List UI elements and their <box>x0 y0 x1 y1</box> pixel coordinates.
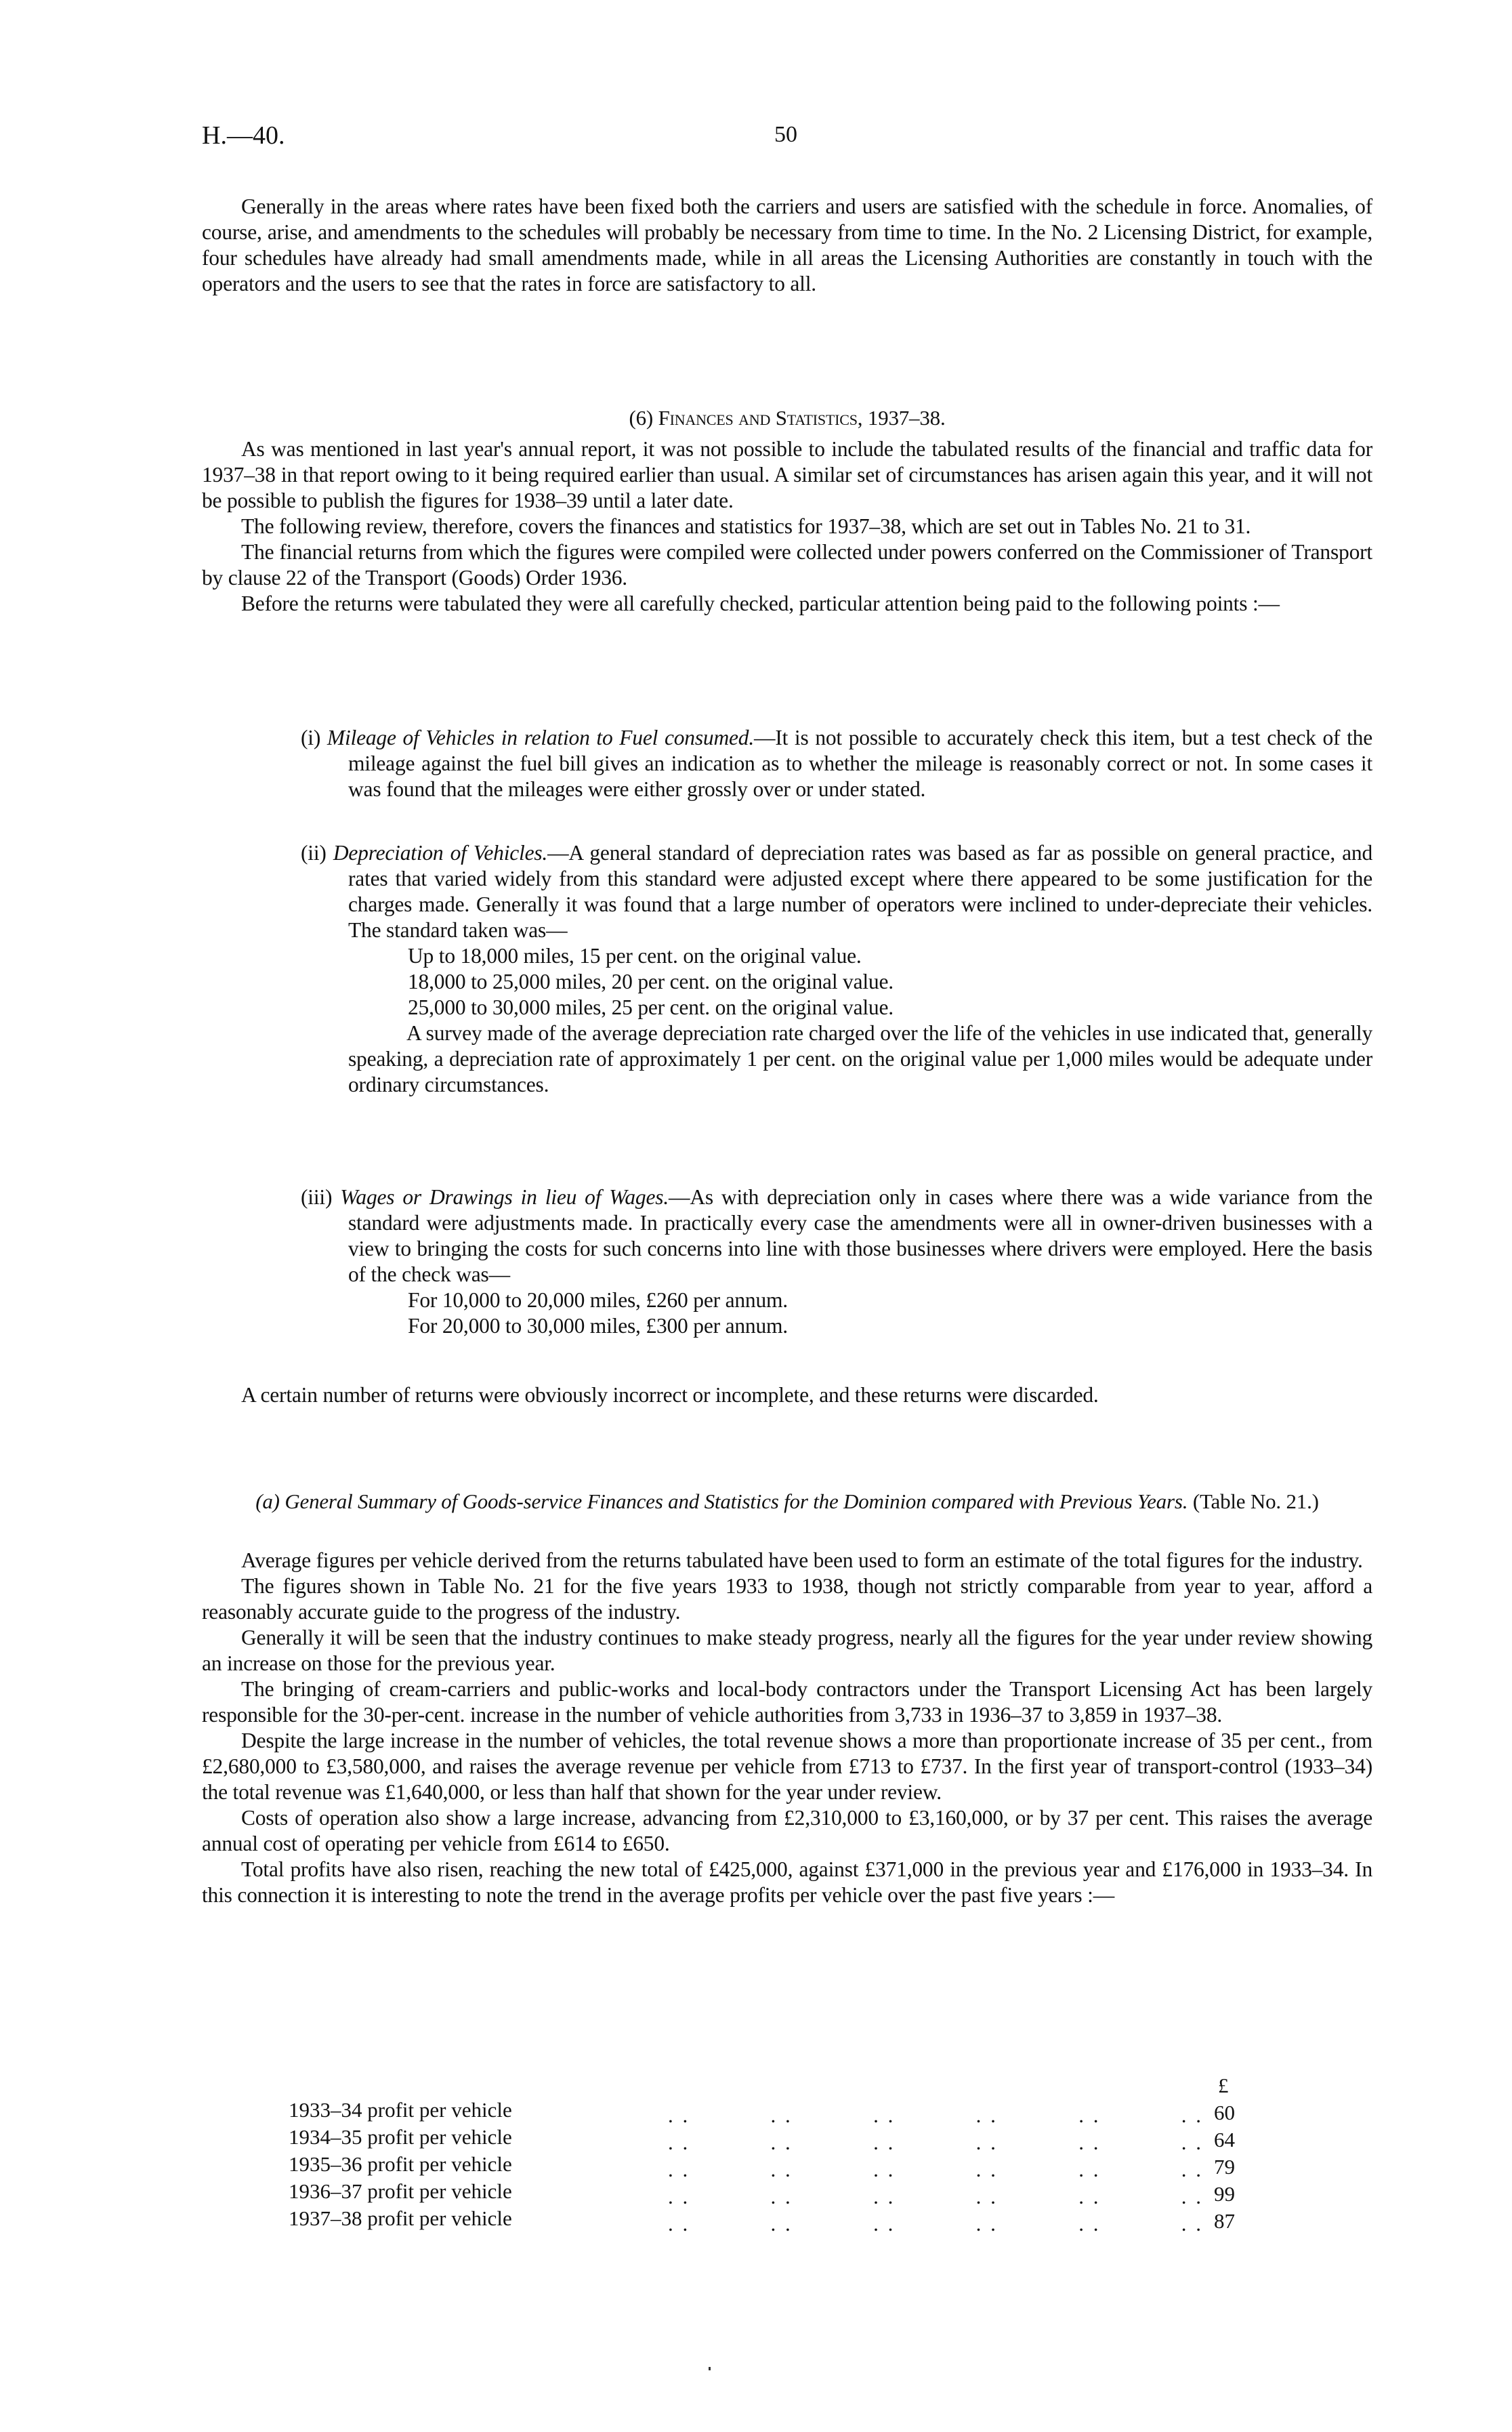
closing-paragraph: A certain number of returns were obvious… <box>202 1382 1372 1408</box>
paragraph: Average figures per vehicle derived from… <box>202 1548 1372 1573</box>
row-label: 1934–35 profit per vehicle <box>289 2125 512 2149</box>
leader-dots: . .. .. .. .. .. . <box>668 2103 1203 2128</box>
subsection-title: General Summary of Goods-service Finance… <box>285 1489 1188 1513</box>
running-header: H.—40. 50 <box>202 121 1372 154</box>
standard-line: 18,000 to 25,000 miles, 20 per cent. on … <box>408 969 1372 995</box>
intro-paragraph-block: Generally in the areas where rates have … <box>202 194 1372 297</box>
row-label: 1936–37 profit per vehicle <box>289 2179 512 2204</box>
wage-standard-line: For 20,000 to 30,000 miles, £300 per ann… <box>408 1313 1372 1339</box>
paragraph: The financial returns from which the fig… <box>202 539 1372 591</box>
point-i: (i) Mileage of Vehicles in relation to F… <box>298 725 1372 802</box>
row-label: 1937–38 profit per vehicle <box>289 2206 512 2231</box>
paragraph: The bringing of cream-carriers and publi… <box>202 1676 1372 1728</box>
paragraph: The following review, therefore, covers … <box>202 514 1372 539</box>
section-heading: (6) Finances and Statistics, 1937–38. <box>202 405 1372 431</box>
paragraph: Costs of operation also show a large inc… <box>202 1805 1372 1857</box>
table-reference: (Table No. 21.) <box>1193 1489 1319 1513</box>
paragraph: Generally it will be seen that the indus… <box>202 1625 1372 1676</box>
point-number: (iii) <box>301 1185 332 1209</box>
table-row: 1934–35 profit per vehicle . .. .. .. ..… <box>289 2125 1298 2152</box>
scan-speck <box>709 2367 711 2370</box>
standard-line: 25,000 to 30,000 miles, 25 per cent. on … <box>408 995 1372 1021</box>
page-number: 50 <box>774 122 797 148</box>
document-reference: H.—40. <box>202 121 285 150</box>
paragraph: Before the returns were tabulated they w… <box>202 591 1372 617</box>
paragraph: As was mentioned in last year's annual r… <box>202 436 1372 514</box>
table-row: 1933–34 profit per vehicle . .. .. .. ..… <box>289 2098 1298 2125</box>
closing-paragraph-block: A certain number of returns were obvious… <box>202 1382 1372 1408</box>
point-title: Depreciation of Vehicles. <box>333 841 547 865</box>
table-row: 1935–36 profit per vehicle . .. .. .. ..… <box>289 2152 1298 2179</box>
section-number: (6) <box>629 406 653 430</box>
row-value: 79 <box>1214 2155 1235 2179</box>
leader-dots: . .. .. .. .. .. . <box>668 2130 1203 2155</box>
leader-dots: . .. .. .. .. .. . <box>668 2185 1203 2209</box>
subsection-label: (a) <box>255 1489 280 1513</box>
point-number: (i) <box>301 726 320 749</box>
point-iii: (iii) Wages or Drawings in lieu of Wages… <box>298 1184 1372 1339</box>
point-title: Wages or Drawings in lieu of Wages. <box>340 1185 669 1209</box>
paragraph: The figures shown in Table No. 21 for th… <box>202 1573 1372 1625</box>
subsection-paragraphs: Average figures per vehicle derived from… <box>202 1548 1372 1908</box>
row-label: 1933–34 profit per vehicle <box>289 2098 512 2122</box>
row-value: 87 <box>1214 2209 1235 2233</box>
point-number: (ii) <box>301 841 327 865</box>
paragraph: Total profits have also risen, reaching … <box>202 1857 1372 1908</box>
survey-paragraph: A survey made of the average depreciatio… <box>348 1021 1372 1098</box>
section-paragraphs: As was mentioned in last year's annual r… <box>202 436 1372 617</box>
point-title: Mileage of Vehicles in relation to Fuel … <box>327 726 754 749</box>
row-value: 64 <box>1214 2128 1235 2152</box>
intro-paragraph: Generally in the areas where rates have … <box>202 194 1372 297</box>
row-label: 1935–36 profit per vehicle <box>289 2152 512 2177</box>
table-row: 1937–38 profit per vehicle . .. .. .. ..… <box>289 2206 1298 2233</box>
table-row: 1936–37 profit per vehicle . .. .. .. ..… <box>289 2179 1298 2206</box>
standard-line: Up to 18,000 miles, 15 per cent. on the … <box>408 943 1372 969</box>
leader-dots: . .. .. .. .. .. . <box>668 2158 1203 2182</box>
point-ii: (ii) Depreciation of Vehicles.—A general… <box>298 840 1372 1098</box>
paragraph: Despite the large increase in the number… <box>202 1728 1372 1805</box>
row-value: 99 <box>1214 2182 1235 2206</box>
section-title: Finances and Statistics, 1937–38. <box>658 406 946 430</box>
wage-standard-line: For 10,000 to 20,000 miles, £260 per ann… <box>408 1287 1372 1313</box>
leader-dots: . .. .. .. .. .. . <box>668 2212 1203 2236</box>
currency-header: £ <box>1218 2074 1229 2098</box>
subsection-heading: (a) General Summary of Goods-service Fin… <box>202 1488 1372 1515</box>
row-value: 60 <box>1214 2101 1235 2125</box>
